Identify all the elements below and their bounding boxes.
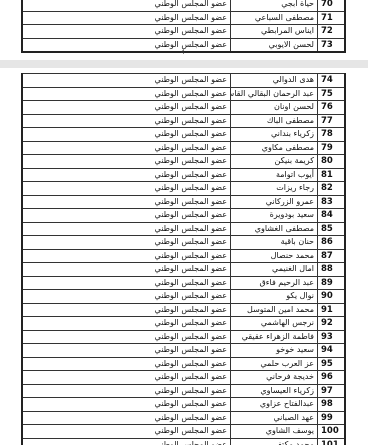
table-row: 82رجاء ريزاتعضو المجلس الوطني bbox=[22, 182, 345, 196]
member-role: عضو المجلس الوطني bbox=[22, 398, 231, 412]
member-name: ايناس المرابطي bbox=[231, 25, 318, 39]
member-role: عضو المجلس الوطني bbox=[22, 263, 231, 277]
member-name: أيوب اتوامة bbox=[231, 168, 318, 182]
row-number: 90 bbox=[318, 290, 346, 304]
row-number: 86 bbox=[318, 236, 346, 250]
row-number: 81 bbox=[318, 168, 346, 182]
row-number: 85 bbox=[318, 222, 346, 236]
member-role: عضو المجلس الوطني bbox=[22, 290, 231, 304]
member-role: عضو المجلس الوطني bbox=[22, 74, 231, 88]
lower-page: 74هدى الدواليعضو المجلس الوطني75عبد الرح… bbox=[0, 68, 368, 445]
member-role: عضو المجلس الوطني bbox=[22, 276, 231, 290]
member-role: عضو المجلس الوطني bbox=[22, 182, 231, 196]
member-name: عبد الرحيم فاءق bbox=[231, 276, 318, 290]
row-number: 73 bbox=[318, 38, 346, 52]
member-role: عضو المجلس الوطني bbox=[22, 114, 231, 128]
table-row: 96خديجة فرحانيعضو المجلس الوطني bbox=[22, 371, 345, 385]
member-role: عضو المجلس الوطني bbox=[22, 249, 231, 263]
member-role: عضو المجلس الوطني bbox=[22, 195, 231, 209]
member-name: عبد الرحمان البقالي القاسمي bbox=[231, 87, 318, 101]
table-row: 100يوسف الشاويعضو المجلس الوطني bbox=[22, 425, 345, 439]
member-role: عضو المجلس الوطني bbox=[22, 303, 231, 317]
member-name: سعيد خوخو bbox=[231, 344, 318, 358]
member-role: عضو المجلس الوطني bbox=[22, 357, 231, 371]
table-row: 97زكرياء العيساويعضو المجلس الوطني bbox=[22, 384, 345, 398]
table-row: 76لحسن اونانعضو المجلس الوطني bbox=[22, 101, 345, 115]
member-name: زكرياء العيساوي bbox=[231, 384, 318, 398]
member-name: محمد حنصال bbox=[231, 249, 318, 263]
table-row: 85مصطفى الغشاويعضو المجلس الوطني bbox=[22, 222, 345, 236]
table-row: 90نوال يكوعضو المجلس الوطني bbox=[22, 290, 345, 304]
row-number: 76 bbox=[318, 101, 346, 115]
table-row: 74هدى الدواليعضو المجلس الوطني bbox=[22, 74, 345, 88]
row-number: 101 bbox=[318, 438, 346, 445]
member-role: عضو المجلس الوطني bbox=[22, 317, 231, 331]
row-number: 89 bbox=[318, 276, 346, 290]
page-separator bbox=[0, 60, 368, 68]
member-role: عضو المجلس الوطني bbox=[22, 209, 231, 223]
row-number: 77 bbox=[318, 114, 346, 128]
row-number: 92 bbox=[318, 317, 346, 331]
row-number: 91 bbox=[318, 303, 346, 317]
table-row: 80كريمة بنيكنعضو المجلس الوطني bbox=[22, 155, 345, 169]
table-row: 81أيوب اتوامةعضو المجلس الوطني bbox=[22, 168, 345, 182]
row-number: 82 bbox=[318, 182, 346, 196]
row-number: 79 bbox=[318, 141, 346, 155]
row-number: 100 bbox=[318, 425, 346, 439]
row-number: 88 bbox=[318, 263, 346, 277]
member-name: سعيد بودويرة bbox=[231, 209, 318, 223]
row-number: 93 bbox=[318, 330, 346, 344]
member-role: عضو المجلس الوطني bbox=[22, 222, 231, 236]
member-role: عضو المجلس الوطني bbox=[22, 38, 231, 52]
table-row: 94سعيد خوخوعضو المجلس الوطني bbox=[22, 344, 345, 358]
member-role: عضو المجلس الوطني bbox=[22, 155, 231, 169]
member-role: عضو المجلس الوطني bbox=[22, 438, 231, 445]
row-number: 84 bbox=[318, 209, 346, 223]
member-name: رجاء ريزات bbox=[231, 182, 318, 196]
member-role: عضو المجلس الوطني bbox=[22, 141, 231, 155]
member-name: هدى الدوالي bbox=[231, 74, 318, 88]
table-row: 95عز العرب حلميعضو المجلس الوطني bbox=[22, 357, 345, 371]
member-name: يوسف الشاوي bbox=[231, 425, 318, 439]
row-number: 74 bbox=[318, 74, 346, 88]
table-row: 72ايناس المرابطيعضو المجلس الوطني bbox=[22, 25, 345, 39]
table-row: 88امال الغنيميعضو المجلس الوطني bbox=[22, 263, 345, 277]
member-role: عضو المجلس الوطني bbox=[22, 11, 231, 25]
table-row: 79مصطفى مكاويعضو المجلس الوطني bbox=[22, 141, 345, 155]
member-name: عز العرب حلمي bbox=[231, 357, 318, 371]
table-row: 91محمد امين المتوسلعضو المجلس الوطني bbox=[22, 303, 345, 317]
table-row: 98عبدالفتاح عزاويعضو المجلس الوطني bbox=[22, 398, 345, 412]
table-row: 86حنان باقيةعضو المجلس الوطني bbox=[22, 236, 345, 250]
table-row: 84سعيد بودويرةعضو المجلس الوطني bbox=[22, 209, 345, 223]
row-number: 80 bbox=[318, 155, 346, 169]
member-name: امال الغنيمي bbox=[231, 263, 318, 277]
row-number: 95 bbox=[318, 357, 346, 371]
member-role: عضو المجلس الوطني bbox=[22, 411, 231, 425]
member-name: عبدالفتاح عزاوي bbox=[231, 398, 318, 412]
member-role: عضو المجلس الوطني bbox=[22, 344, 231, 358]
member-role: عضو المجلس الوطني bbox=[22, 101, 231, 115]
member-name: كريمة بنيكن bbox=[231, 155, 318, 169]
member-name: عمرو الزركاني bbox=[231, 195, 318, 209]
table-row: 92نرجس الهاشميعضو المجلس الوطني bbox=[22, 317, 345, 331]
row-number: 71 bbox=[318, 11, 346, 25]
table-row: 87محمد حنصالعضو المجلس الوطني bbox=[22, 249, 345, 263]
member-name: زكرياء بنداني bbox=[231, 128, 318, 142]
row-number: 94 bbox=[318, 344, 346, 358]
row-number: 70 bbox=[318, 0, 346, 11]
member-role: عضو المجلس الوطني bbox=[22, 87, 231, 101]
table-row: 70حياة ابجيعضو المجلس الوطني bbox=[22, 0, 345, 11]
member-role: عضو المجلس الوطني bbox=[22, 371, 231, 385]
table-row: 93فاطمة الزهراء عقيقيعضو المجلس الوطني bbox=[22, 330, 345, 344]
table-row: 89عبد الرحيم فاءقعضو المجلس الوطني bbox=[22, 276, 345, 290]
member-role: عضو المجلس الوطني bbox=[22, 384, 231, 398]
member-name: عهد الصباني bbox=[231, 411, 318, 425]
table-row: 83عمرو الزركانيعضو المجلس الوطني bbox=[22, 195, 345, 209]
page-number: 4 bbox=[181, 49, 185, 56]
table-row: 78زكرياء بندانيعضو المجلس الوطني bbox=[22, 128, 345, 142]
member-name: حياة ابجي bbox=[231, 0, 318, 11]
member-name: نوال يكو bbox=[231, 290, 318, 304]
member-name: خديجة فرحاني bbox=[231, 371, 318, 385]
row-number: 72 bbox=[318, 25, 346, 39]
row-number: 99 bbox=[318, 411, 346, 425]
row-number: 97 bbox=[318, 384, 346, 398]
member-role: عضو المجلس الوطني bbox=[22, 25, 231, 39]
member-name: نرجس الهاشمي bbox=[231, 317, 318, 331]
row-number: 98 bbox=[318, 398, 346, 412]
member-name: لحسن الايوبي bbox=[231, 38, 318, 52]
member-role: عضو المجلس الوطني bbox=[22, 168, 231, 182]
member-name: مصطفى السباعي bbox=[231, 11, 318, 25]
member-name: حنان باقية bbox=[231, 236, 318, 250]
member-role: عضو المجلس الوطني bbox=[22, 330, 231, 344]
row-number: 87 bbox=[318, 249, 346, 263]
member-name: فاطمة الزهراء عقيقي bbox=[231, 330, 318, 344]
member-name: مصطفى الغشاوي bbox=[231, 222, 318, 236]
member-name: لحسن اونان bbox=[231, 101, 318, 115]
member-role: عضو المجلس الوطني bbox=[22, 0, 231, 11]
member-name: مصطفى الباك bbox=[231, 114, 318, 128]
row-number: 78 bbox=[318, 128, 346, 142]
table-row: 99عهد الصبانيعضو المجلس الوطني bbox=[22, 411, 345, 425]
row-number: 96 bbox=[318, 371, 346, 385]
table-row: 75عبد الرحمان البقالي القاسميعضو المجلس … bbox=[22, 87, 345, 101]
member-name: محمد امين المتوسل bbox=[231, 303, 318, 317]
row-number: 83 bbox=[318, 195, 346, 209]
member-name: محمد مكتفي bbox=[231, 438, 318, 445]
row-number: 75 bbox=[318, 87, 346, 101]
table-row: 77مصطفى الباكعضو المجلس الوطني bbox=[22, 114, 345, 128]
table-row: 71مصطفى السباعيعضو المجلس الوطني bbox=[22, 11, 345, 25]
upper-page: 70حياة ابجيعضو المجلس الوطني71مصطفى السب… bbox=[0, 0, 368, 60]
member-role: عضو المجلس الوطني bbox=[22, 236, 231, 250]
members-table-upper: 70حياة ابجيعضو المجلس الوطني71مصطفى السب… bbox=[21, 0, 346, 53]
members-table-lower: 74هدى الدواليعضو المجلس الوطني75عبد الرح… bbox=[21, 73, 346, 445]
member-role: عضو المجلس الوطني bbox=[22, 128, 231, 142]
table-row: 101محمد مكتفيعضو المجلس الوطني bbox=[22, 438, 345, 445]
member-name: مصطفى مكاوي bbox=[231, 141, 318, 155]
member-role: عضو المجلس الوطني bbox=[22, 425, 231, 439]
